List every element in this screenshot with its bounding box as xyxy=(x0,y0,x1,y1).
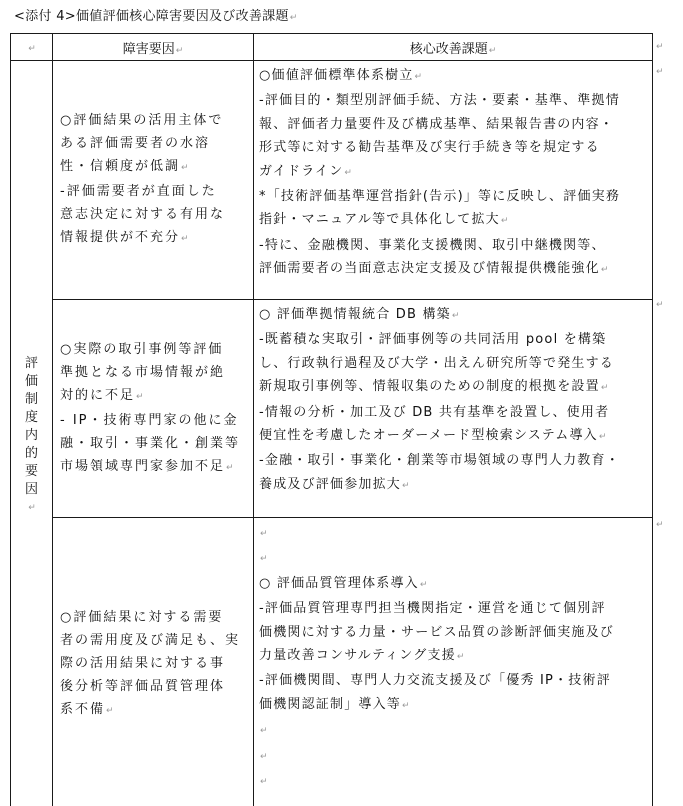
empty-paragraph-mark-icon: ↵ xyxy=(259,744,649,769)
issue-line: 報、評価者力量要件及び構成基準、結果報告書の内容・ xyxy=(259,113,649,136)
cause-line: 者の需用度及び満足も、実 xyxy=(60,629,249,652)
issue-cell: ↵ ↵ ○ 評価品質管理体系導入↵ -評価品質管理専門担当機関指定・運営を通じて… xyxy=(254,518,653,806)
paragraph-mark-icon: ↵ xyxy=(599,432,608,442)
issue-line: 養成及び評価参加拡大↵ xyxy=(259,473,649,498)
paragraph-mark-icon: ↵ xyxy=(415,72,424,82)
issue-cell: ○ 評価準拠情報統合 DB 構築↵ -既蓄積な実取引・評価事例等の共同活用 po… xyxy=(254,300,653,518)
empty-paragraph-mark-icon: ↵ xyxy=(259,769,649,794)
paragraph-mark-icon: ↵ xyxy=(457,652,466,662)
issue-line: 形式等に対する勧告基準及び実行手続き等を規定する xyxy=(259,136,649,159)
paragraph-mark-icon: ↵ xyxy=(28,44,36,54)
category-char: 価 xyxy=(11,373,52,391)
document-title: <添付 4>価値評価核心障害要因及び改善課題↵ xyxy=(14,9,298,26)
paragraph-mark-icon: ↵ xyxy=(402,701,411,711)
table-row: ○実際の取引事例等評価 準拠となる市場情報が絶 対的に不足↵ - IP・技術専門… xyxy=(11,300,653,518)
issue-line: し、行政執行過程及び大学・出えん研究所等で発生する xyxy=(259,352,649,375)
category-char: 評 xyxy=(11,355,52,373)
cause-line: 後分析等評価品質管理体 xyxy=(60,675,249,698)
issue-line: ○ 評価準拠情報統合 DB 構築↵ xyxy=(259,303,649,328)
cause-line: - IP・技術専門家の他に金 xyxy=(60,409,249,432)
issue-line: -金融・取引・事業化・創業等市場領域の専門人力教育・ xyxy=(259,449,649,472)
header-causes-label: 障害要因 xyxy=(123,42,175,57)
cause-cell: ○評価結果に対する需要 者の需用度及び満足も、実 際の活用結果に対する事 後分析… xyxy=(53,518,254,806)
table-row: ○評価結果に対する需要 者の需用度及び満足も、実 際の活用結果に対する事 後分析… xyxy=(11,518,653,806)
paragraph-mark-icon: ↵ xyxy=(176,46,184,56)
cause-line: ○評価結果に対する需要 xyxy=(60,606,249,629)
cause-line: -評価需要者が直面した xyxy=(60,180,249,203)
cause-line: 準拠となる市場情報が絶 xyxy=(60,361,249,384)
cause-line: ある評価需要者の水溶 xyxy=(60,132,249,155)
cause-line: 際の活用結果に対する事 xyxy=(60,652,249,675)
row-end-mark-icon: ↵ xyxy=(656,520,664,530)
issue-line: 価機関認証制」導入等↵ xyxy=(259,693,649,718)
paragraph-mark-icon: ↵ xyxy=(402,481,411,491)
table-header-row: ↵ 障害要因↵ 核心改善課題↵ xyxy=(11,34,653,61)
category-char: 因 xyxy=(11,481,52,499)
issue-line: ○ 評価品質管理体系導入↵ xyxy=(259,572,649,597)
issue-line: -情報の分析・加工及び DB 共有基準を設置し、使用者 xyxy=(259,401,649,424)
issue-line: -評価目的・類型別評価手続、方法・要素・基準、準拠情 xyxy=(259,89,649,112)
issue-line: -既蓄積な実取引・評価事例等の共同活用 pool を構築 xyxy=(259,328,649,351)
paragraph-mark-icon: ↵ xyxy=(181,163,191,173)
table-row: 評 価 制 度 内 的 要 因 ↵ ○評価結果の活用主体で ある評価需要者の水溶… xyxy=(11,61,653,300)
paragraph-mark-icon: ↵ xyxy=(452,311,461,321)
empty-paragraph-mark-icon: ↵ xyxy=(259,718,649,743)
issues-table: ↵ 障害要因↵ 核心改善課題↵ 評 価 制 度 内 的 要 因 ↵ ○評価結果の… xyxy=(10,33,653,806)
issue-line: -評価品質管理専門担当機関指定・運営を通じて個別評 xyxy=(259,597,649,620)
paragraph-mark-icon: ↵ xyxy=(420,580,429,590)
issue-line: 評価需要者の当面意志決定支援及び情報提供機能強化↵ xyxy=(259,257,649,282)
paragraph-mark-icon: ↵ xyxy=(501,216,510,226)
issue-line: 新規取引事例等、情報収集のための制度的根拠を設置↵ xyxy=(259,375,649,400)
header-cell-issues: 核心改善課題↵ xyxy=(254,34,653,61)
row-end-mark-icon: ↵ xyxy=(656,67,664,77)
row-end-mark-icon: ↵ xyxy=(656,300,664,310)
cause-cell: ○実際の取引事例等評価 準拠となる市場情報が絶 対的に不足↵ - IP・技術専門… xyxy=(53,300,254,518)
category-char: 度 xyxy=(11,409,52,427)
paragraph-mark-icon: ↵ xyxy=(489,46,497,56)
issue-line: -評価機関間、専門人力交流支援及び「優秀 IP・技術評 xyxy=(259,669,649,692)
issue-line: 力量改善コンサルティング支援↵ xyxy=(259,644,649,669)
paragraph-mark-icon: ↵ xyxy=(106,706,116,716)
paragraph-mark-icon: ↵ xyxy=(290,13,298,23)
cause-line: 対的に不足↵ xyxy=(60,384,249,409)
header-issues-label: 核心改善課題 xyxy=(410,42,488,57)
issue-cell: ○価値評価標準体系樹立↵ -評価目的・類型別評価手続、方法・要素・基準、準拠情 … xyxy=(254,61,653,300)
issue-line: -特に、金融機関、事業化支援機関、取引中継機関等、 xyxy=(259,234,649,257)
paragraph-mark-icon: ↵ xyxy=(601,265,610,275)
document-title-text: <添付 4>価値評価核心障害要因及び改善課題 xyxy=(14,9,289,24)
empty-paragraph-mark-icon: ↵ xyxy=(259,521,649,546)
category-label-cell: 評 価 制 度 内 的 要 因 ↵ xyxy=(11,61,53,806)
paragraph-mark-icon: ↵ xyxy=(181,234,191,244)
issue-line: 便宜性を考慮したオーダーメード型検索システム導入↵ xyxy=(259,424,649,449)
issue-line: *「技術評価基準運営指針(告示)」等に反映し、評価実務 xyxy=(259,185,649,208)
paragraph-mark-icon: ↵ xyxy=(344,168,353,178)
cause-line: 系不備↵ xyxy=(60,698,249,723)
cause-line: ○実際の取引事例等評価 xyxy=(60,338,249,361)
category-char: 的 xyxy=(11,445,52,463)
category-char: 要 xyxy=(11,463,52,481)
paragraph-mark-icon: ↵ xyxy=(136,392,146,402)
row-end-mark-icon: ↵ xyxy=(656,42,664,52)
cause-line: 融・取引・事業化・創業等 xyxy=(60,432,249,455)
cause-line: 情報提供が不充分↵ xyxy=(60,226,249,251)
paragraph-mark-icon: ↵ xyxy=(226,463,236,473)
header-cell-empty: ↵ xyxy=(11,34,53,61)
issue-line: ガイドライン↵ xyxy=(259,160,649,185)
category-char: 制 xyxy=(11,391,52,409)
cause-line: ○評価結果の活用主体で xyxy=(60,109,249,132)
issue-line: ○価値評価標準体系樹立↵ xyxy=(259,64,649,89)
issue-line: 指針・マニュアル等で具体化して拡大↵ xyxy=(259,208,649,233)
cause-line: 意志決定に対する有用な xyxy=(60,203,249,226)
empty-paragraph-mark-icon: ↵ xyxy=(259,546,649,571)
paragraph-mark-icon: ↵ xyxy=(601,383,610,393)
issue-line: 価機関に対する力量・サービス品質の診断評価実施及び xyxy=(259,621,649,644)
paragraph-mark-icon: ↵ xyxy=(12,499,52,517)
cause-line: 市場領域専門家参加不足↵ xyxy=(60,455,249,480)
header-cell-causes: 障害要因↵ xyxy=(53,34,254,61)
cause-cell: ○評価結果の活用主体で ある評価需要者の水溶 性・信頼度が低調↵ -評価需要者が… xyxy=(53,61,254,300)
cause-line: 性・信頼度が低調↵ xyxy=(60,155,249,180)
category-char: 内 xyxy=(11,427,52,445)
